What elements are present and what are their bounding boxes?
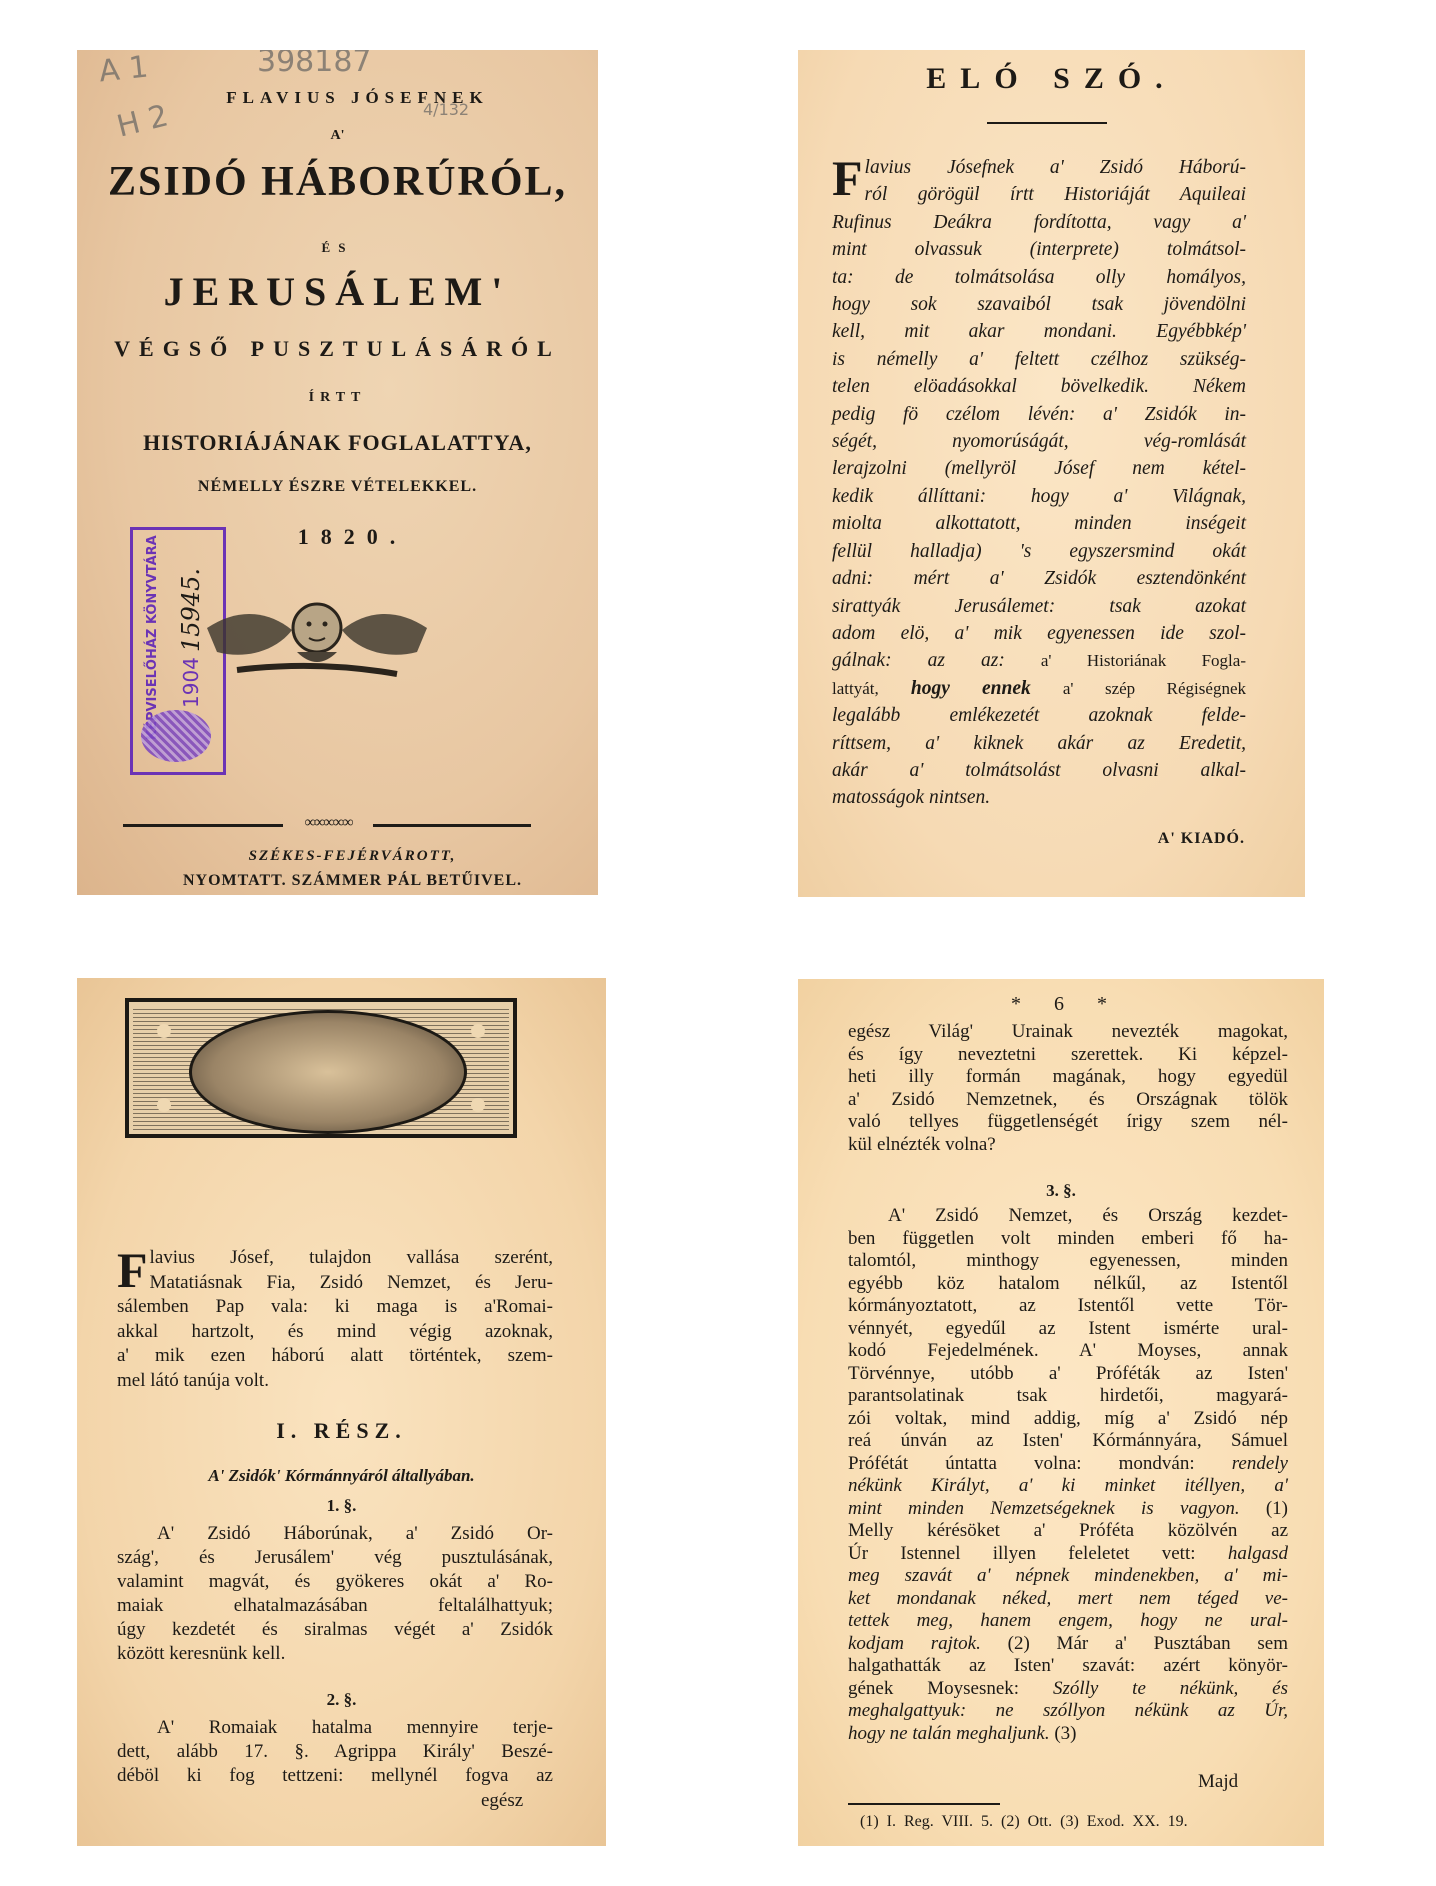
text-line: ségét, nyomorúságát, vég-romlását [832,428,1246,455]
text-line: valamint magvát, és gyökeres okát a' Ro- [117,1570,553,1594]
text-line: legalább emlékezetét azoknak felde- [832,702,1246,729]
catchword: egész [481,1790,523,1812]
chapter-intro: F lavius Jósef, tulajdon vallása szerént… [117,1246,553,1393]
text-line: szág', és Jerusálem' vég pusztulásának, [117,1546,553,1570]
text-line: mint olvassuk (interprete) tolmátsol- [832,236,1246,263]
text-line: egyébb köz hatalom nélkűl, az Istentől [848,1273,1288,1296]
engraving-vignette-oval [189,1010,467,1134]
pencil-mark-number: 398187 [257,50,372,79]
text-line: miolta alkottatott, minden inségeit [832,510,1246,537]
text-line: A' Zsidó Háborúnak, a' Zsidó Or- [117,1522,553,1546]
text-line: és így neveztetni szerettek. Ki képzel- [848,1044,1288,1067]
text-line: akár a' tolmátsolást olvasni alkal- [832,757,1246,784]
text-line: lavius Jósefnek a' Zsidó Háború- [832,154,1246,181]
part-heading: I. RÉSZ. [77,1418,606,1444]
engraving-rivet [157,1098,171,1112]
coat-of-arms-icon [141,710,211,762]
title-jerusalem: JERUSÁLEM' [77,268,598,315]
text-line: ben független volt minden emberi fő ha- [848,1228,1288,1251]
text-line: ket mondanak néked, mert nem téged ve- [848,1588,1288,1611]
section-1-body: A' Zsidó Háborúnak, a' Zsidó Or- szág', … [117,1522,553,1666]
italic-run: rendely [1232,1453,1288,1474]
section-3-body: A' Zsidó Nemzet, és Ország kezdet- ben f… [848,1205,1288,1745]
section-2-heading: 2. §. [77,1690,606,1710]
text-line: között keresnünk kell. [117,1642,553,1666]
article-line: A' [77,128,598,144]
ornament-rule-right [373,824,531,827]
publisher-signature: A' KIADÓ. [1158,830,1245,848]
heading-rule [987,122,1107,124]
section-2-body: A' Romaiak hatalma mennyire terje- dett,… [117,1716,553,1788]
catchword: Majd [1198,1771,1238,1793]
text-line: Törvénnye, utóbb a' Próféták az Isten' [848,1363,1288,1386]
text-line-mixed: gálnak: az az: a' Historiának Fogla- [832,647,1246,674]
ornament-center-icon: ∞∞∞∞∞ [283,814,373,832]
italic-run: halgasd [1228,1543,1288,1564]
text-line-mixed: lattyát, hogy ennek a' szép Régiségnek [832,675,1246,702]
text-line: is némelly a' feltett czélhoz szükség- [832,346,1246,373]
section-1-heading: 1. §. [77,1496,606,1516]
page-six: * 6 * egész Világ' Urainak nevezték mago… [798,979,1324,1846]
text-line: úgy kezdetét és siralmas végét a' Zsidók [117,1618,553,1642]
text-line: ríttsem, a' kiknek akár az Eredetit, [832,730,1246,757]
text-line: egész Világ' Urainak nevezték magokat, [848,1021,1288,1044]
part-subtitle: A' Zsidók' Kórmánnyáról általlyában. [77,1466,606,1486]
roman-run: lattyát, [832,679,879,698]
text-line: déböl ki fog tettzeni: mellynél fogva az [117,1764,553,1788]
roman-run: Úr Istennel illyen feleletet vett: [848,1543,1196,1564]
title-remarks: NÉMELLY ÉSZRE VÉTELEKKEL. [77,478,598,496]
italic-run: mint minden Nemzetségeknek is vagyon. [848,1498,1240,1519]
chapter-page: F lavius Jósef, tulajdon vallása szerént… [77,978,606,1846]
roman-run: Prófétát úntatta volna: mondván: [848,1453,1195,1474]
footnotes: (1) I. Reg. VIII. 5. (2) Ott. (3) Exod. … [860,1813,1188,1831]
text-line: Matatiásnak Fia, Zsidó Nemzet, és Jeru- [117,1271,553,1296]
text-line: matosságok nintsen. [832,784,1246,811]
text-line: nékünk Királyt, a' ki minket itéllyen, a… [848,1475,1288,1498]
pencil-mark-shelf: A 1 [97,50,150,89]
title-historia: HISTORIÁJÁNAK FOGLALATTYA, [77,430,598,456]
text-line: sirattyák Jerusálemet: tsak azokat [832,593,1246,620]
text-line: kül elnézték volna? [848,1134,1288,1157]
author-line: FLAVIUS JÓSEFNEK [77,88,598,108]
text-line: kodó Fejedelmének. A' Moyses, annak [848,1340,1288,1363]
text-line: parantsolatinak tsak hirdetői, magyará- [848,1385,1288,1408]
engraving-rivet [157,1024,171,1038]
text-line: pedig fö czélom lévén: a' Zsidók in- [832,401,1246,428]
italic-run: kodjam rajtok. [848,1633,981,1654]
text-line: A' Romaiak hatalma mennyire terje- [117,1716,553,1740]
imprint-city: SZÉKES-FEJÉRVÁROTT, [77,848,598,865]
drop-cap: F [117,1250,148,1290]
drop-cap: F [832,158,863,198]
text-line: ról görögül írtt Historiáját Aquileai [832,181,1246,208]
engraving-rivet [471,1098,485,1112]
text-line-mixed: gének Moysesnek: Szólly te nékünk, és [848,1678,1288,1701]
text-line: való tellyes függetlenségét írigy szem n… [848,1111,1288,1134]
text-line: adni: mért a' Zsidók esztendönként [832,565,1246,592]
irtt-line: ÍRTT [77,390,598,406]
text-line: telen elöadásokkal bövelkedik. Nékem [832,373,1246,400]
text-line: hogy sok szavaiból tsak jövendölni [832,291,1246,318]
roman-run: (2) Már a' Pusztában sem [1008,1633,1288,1654]
text-line: fellül halladja) 's egyszersmind okát [832,538,1246,565]
text-line: ta: de tolmátsolása olly homályos, [832,264,1246,291]
footnote-ref: (1) [1266,1498,1288,1519]
cherub-vignette-icon [197,590,437,690]
section-3-heading: 3. §. [798,1181,1324,1201]
text-line: sálemben Pap vala: ki maga is a'Romai- [117,1295,553,1320]
text-line-mixed: kodjam rajtok. (2) Már a' Pusztában sem [848,1633,1288,1656]
text-line-mixed: hogy ne talán meghaljunk. (3) [848,1723,1288,1746]
text-line: vénnyét, egyedűl az Istent ismérte ural- [848,1318,1288,1341]
text-line: Rufinus Deákra fordította, vagy a' [832,209,1246,236]
text-line-mixed: Prófétát úntatta volna: mondván: rendely [848,1453,1288,1476]
text-line: talomtól, minthogy egyenessen, minden [848,1250,1288,1273]
title-main: ZSIDÓ HÁBORÚRÓL, [77,158,598,206]
preface-page: ELÓ SZÓ. F lavius Jósefnek a' Zsidó Hábo… [798,50,1305,897]
text-line: lerajzolni (mellyröl Jósef nem kétel- [832,455,1246,482]
conjunction-line: ÉS [77,240,598,256]
text-line: meg szavát a' népnek mindenekben, a' mi- [848,1565,1288,1588]
ornament-rule-left [123,824,283,827]
roman-run: gének Moysesnek: [848,1678,1019,1699]
text-line-mixed: mint minden Nemzetségeknek is vagyon. (1… [848,1498,1288,1521]
footnote-rule [848,1803,1000,1805]
text-line-mixed: Úr Istennel illyen feleletet vett: halga… [848,1543,1288,1566]
title-subtitle: VÉGSŐ PUSZTULÁSÁRÓL [77,336,598,362]
headpiece-engraving-icon [125,998,517,1138]
text-line: reá únván az Isten' Kórmánnyára, Sámuel [848,1430,1288,1453]
text-line: a' Zsidó Nemzetnek, és Országnak tölök [848,1089,1288,1112]
text-line: maiak elhatalmazásában feltalálhattyuk; [117,1594,553,1618]
roman-run: a' Historiának Fogla- [1041,651,1246,670]
text-line: akkal hartzolt, és mind végig azoknak, [117,1320,553,1345]
text-line: kedik állíttani: hogy a' Világnak, [832,483,1246,510]
preface-heading: ELÓ SZÓ. [798,62,1305,96]
text-line: heti illy formán magának, hogy egyedül [848,1066,1288,1089]
roman-run: a' szép Régiségnek [1063,679,1246,698]
text-line: tettek meg, hanem engem, hogy ne ural- [848,1610,1288,1633]
continuation-text: egész Világ' Urainak nevezték magokat, é… [848,1021,1288,1156]
text-line: A' Zsidó Nemzet, és Ország kezdet- [848,1205,1288,1228]
text-line: lavius Jósef, tulajdon vallása szerént, [117,1246,553,1271]
text-line: kell, mit akar mondani. Egyébbkép' [832,318,1246,345]
text-line: zói voltak, mind addig, míg a' Zsidó nép [848,1408,1288,1431]
preface-body: F lavius Jósefnek a' Zsidó Háború- ról g… [832,154,1246,812]
text-line: kórmányoztatott, az Istentől vette Tör- [848,1295,1288,1318]
italic-run: gálnak: az az: [832,650,1005,671]
text-line: adom elö, a' mik egyenessen ide szol- [832,620,1246,647]
text-line: Melly kérésöket a' Próféta közölvén az [848,1520,1288,1543]
page-number: * 6 * [798,993,1324,1016]
stamp-library-name: KÉPVISELŐHÁZ KÖNYVTÁRA [145,535,160,740]
text-line: mel látó tanúja volt. [117,1369,553,1394]
text-line: meghalgattyuk: ne szóllyon nékünk az Úr, [848,1700,1288,1723]
imprint-printer: NYOMTATT. SZÁMMER PÁL BETŰIVEL. [77,872,598,890]
text-line: dett, alább 17. §. Agrippa Király' Beszé… [117,1740,553,1764]
italic-run: hogy ne talán meghaljunk. [848,1723,1050,1744]
footnote-ref: (3) [1054,1723,1076,1744]
engraving-rivet [471,1024,485,1038]
text-line: a' mik ezen háború alatt történtek, szem… [117,1344,553,1369]
title-page: A 1 398187 H 2 4/132 FLAVIUS JÓSEFNEK A'… [77,50,598,895]
text-line: halgathatták az Isten' szavát: azért kön… [848,1655,1288,1678]
italic-run: hogy ennek [911,678,1031,699]
italic-run: Szólly te nékünk, és [1053,1678,1288,1699]
